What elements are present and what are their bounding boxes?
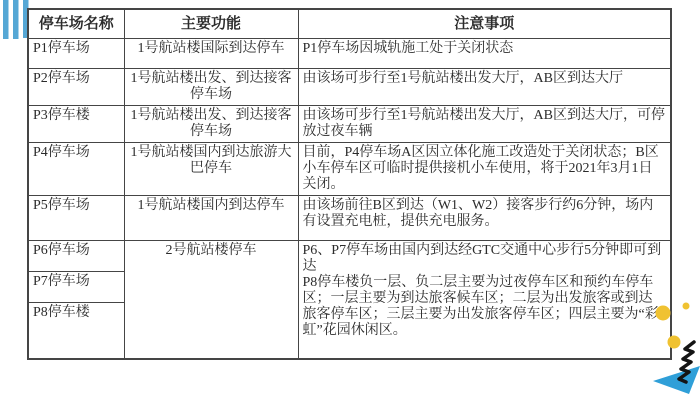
p1-notes-cell: P1停车场因城轨施工处于关闭状态 xyxy=(298,38,671,68)
yellow-dot-medium xyxy=(668,336,681,349)
p1-function-cell: 1号航站楼国际到达停车 xyxy=(124,38,298,68)
p6-p7-p8-notes-merged-cell: P6、P7停车场由国内到达经GTC交通中心步行5分钟即可到达 P8停车楼负一层、… xyxy=(298,240,671,359)
blue-triangle xyxy=(653,366,700,394)
p2-function-cell: 1号航站楼出发、到达接客停车场 xyxy=(124,68,298,105)
p2-name-cell: P2停车场 xyxy=(28,68,124,105)
p5-name-cell: P5停车场 xyxy=(28,195,124,240)
notes-paragraph-p8: P8停车楼负一层、负二层主要为过夜停车区和预约车停车区；一层主要为到达旅客候车区… xyxy=(303,275,667,339)
p5-function-cell: 1号航站楼国内到达停车 xyxy=(124,195,298,240)
table-row-p2: P2停车场 1号航站楼出发、到达接客停车场 由该场可步行至1号航站楼出发大厅，A… xyxy=(28,68,671,105)
slide-canvas: 停车场名称 主要功能 注意事项 P1停车场 1号航站楼国际到达停车 P1停车场因… xyxy=(0,0,700,394)
p6-name-cell: P6停车场 xyxy=(28,240,124,271)
table-row-p4: P4停车场 1号航站楼国内到达旅游大巴停车 目前，P4停车场A区因立体化施工改造… xyxy=(28,142,671,195)
p8-name-cell: P8停车楼 xyxy=(28,302,124,359)
p3-notes-cell: 由该场可步行至1号航站楼出发大厅，AB区到达大厅，可停放过夜车辆 xyxy=(298,105,671,142)
header-parking-name: 停车场名称 xyxy=(28,9,124,38)
p3-function-cell: 1号航站楼出发、到达接客停车场 xyxy=(124,105,298,142)
header-main-function: 主要功能 xyxy=(124,9,298,38)
p4-function-cell: 1号航站楼国内到达旅游大巴停车 xyxy=(124,142,298,195)
parking-table: 停车场名称 主要功能 注意事项 P1停车场 1号航站楼国际到达停车 P1停车场因… xyxy=(27,8,672,360)
table-row-p1: P1停车场 1号航站楼国际到达停车 P1停车场因城轨施工处于关闭状态 xyxy=(28,38,671,68)
p4-name-cell: P4停车场 xyxy=(28,142,124,195)
p7-name-cell: P7停车场 xyxy=(28,271,124,302)
table-row-p5: P5停车场 1号航站楼国内到达停车 由该场前往B区到达（W1、W2）接客步行约6… xyxy=(28,195,671,240)
table-row-p6: P6停车场 2号航站楼停车 P6、P7停车场由国内到达经GTC交通中心步行5分钟… xyxy=(28,240,671,271)
t2-function-merged-cell: 2号航站楼停车 xyxy=(124,240,298,359)
yellow-dot-small xyxy=(683,303,690,310)
notes-paragraph-p6-p7: P6、P7停车场由国内到达经GTC交通中心步行5分钟即可到达 xyxy=(303,243,667,275)
blue-bar xyxy=(3,0,9,39)
p1-name-cell: P1停车场 xyxy=(28,38,124,68)
table-header-row: 停车场名称 主要功能 注意事项 xyxy=(28,9,671,38)
p5-notes-cell: 由该场前往B区到达（W1、W2）接客步行约6分钟，场内有设置充电桩，提供充电服务… xyxy=(298,195,671,240)
p2-notes-cell: 由该场可步行至1号航站楼出发大厅，AB区到达大厅 xyxy=(298,68,671,105)
blue-bars-decoration xyxy=(3,0,29,40)
yellow-dot-large xyxy=(656,306,671,321)
header-notes: 注意事项 xyxy=(298,9,671,38)
p4-notes-cell: 目前，P4停车场A区因立体化施工改造处于关闭状态；B区小车停车区可临时提供接机小… xyxy=(298,142,671,195)
blue-bar xyxy=(13,0,19,39)
table-row-p3: P3停车楼 1号航站楼出发、到达接客停车场 由该场可步行至1号航站楼出发大厅，A… xyxy=(28,105,671,142)
p3-name-cell: P3停车楼 xyxy=(28,105,124,142)
corner-decoration xyxy=(628,292,700,394)
